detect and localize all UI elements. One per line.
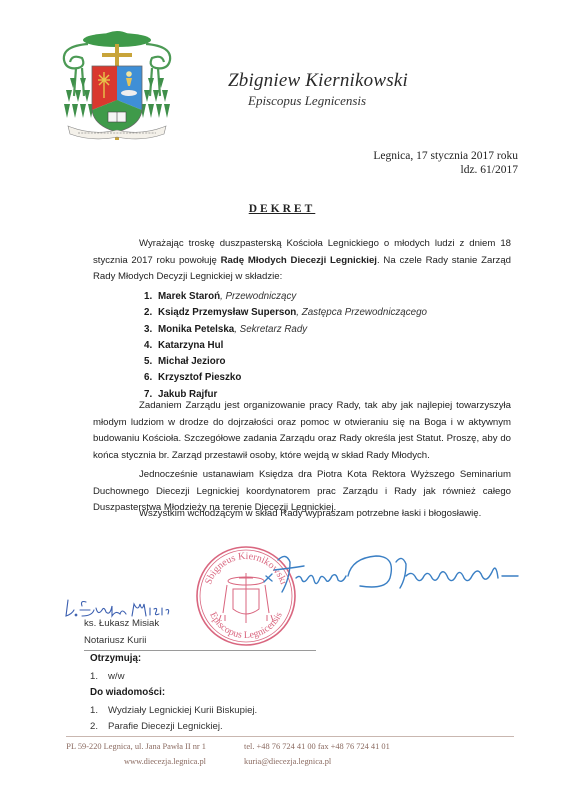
document-title: DEKRET [0,203,564,215]
member-role: , Przewodniczący [220,291,296,302]
member-item: 6.Krzysztof Pieszko [144,370,427,386]
footer-website-link[interactable]: www.diecezja.legnica.pl [124,757,206,766]
member-role: , Zastępca Przewodniczącego [296,307,427,318]
member-name: Monika Petelska [158,324,234,335]
list-number: 1. [90,671,108,682]
notary-role: Notariusz Kurii [84,635,146,646]
member-item: 3.Monika Petelska, Sekretarz Rady [144,322,427,338]
notary-name: ks. Łukasz Misiak [84,618,159,629]
intro-paragraph: Wyrażając troskę duszpasterską Kościoła … [93,236,511,286]
divider [84,650,316,651]
blessing-paragraph: Wszystkim wchodzącym w skład Rady wypras… [93,506,511,523]
info-text: Wydziały Legnickiej Kurii Biskupiej. [108,705,257,716]
list-number: 5. [144,354,158,370]
council-name: Radę Młodych Diecezji Legnickiej [221,255,377,266]
bishop-signature-icon [256,548,526,608]
place-date: Legnica, 17 stycznia 2017 roku [373,150,518,162]
member-item: 5.Michał Jezioro [144,354,427,370]
recipient-text: w/w [108,671,125,682]
member-name: Ksiądz Przemysław Superson [158,307,296,318]
list-number: 2. [90,721,108,732]
info-text: Parafie Diecezji Legnickiej. [108,721,223,732]
recipients-heading: Otrzymują: [90,653,141,664]
list-number: 2. [144,305,158,321]
footer-address: PL 59-220 Legnica, ul. Jana Pawła II nr … [66,742,206,751]
member-name: Michał Jezioro [158,356,226,367]
member-item: 1.Marek Staroń, Przewodniczący [144,289,427,305]
list-number: 4. [144,338,158,354]
member-item: 2.Ksiądz Przemysław Superson, Zastępca P… [144,305,427,321]
footer-divider [66,736,514,737]
info-item: 1.Wydziały Legnickiej Kurii Biskupiej. [90,705,257,716]
member-name: Katarzyna Hul [158,340,223,351]
notary-signature-icon [62,596,172,620]
member-role: , Sekretarz Rady [234,324,307,335]
footer-phone-fax: tel. +48 76 724 41 00 fax +48 76 724 41 … [244,742,390,751]
recipient-item: 1.w/w [90,671,125,682]
members-list: 1.Marek Staroń, Przewodniczący2.Ksiądz P… [144,289,427,403]
list-number: 6. [144,370,158,386]
bishop-title: Episcopus Legnicensis [248,93,366,109]
info-item: 2.Parafie Diecezji Legnickiej. [90,721,223,732]
member-name: Krzysztof Pieszko [158,372,241,383]
list-number: 3. [144,322,158,338]
bishop-name: Zbigniew Kiernikowski [228,70,408,92]
list-number: 1. [90,705,108,716]
reference-number: ldz. 61/2017 [461,164,519,176]
member-item: 4.Katarzyna Hul [144,338,427,354]
member-name: Marek Staroń [158,291,220,302]
tasks-paragraph: Zadaniem Zarządu jest organizowanie prac… [93,398,511,464]
info-heading: Do wiadomości: [90,687,165,698]
coat-of-arms-icon [52,26,182,146]
list-number: 1. [144,289,158,305]
footer-email-link[interactable]: kuria@diecezja.legnica.pl [244,757,331,766]
